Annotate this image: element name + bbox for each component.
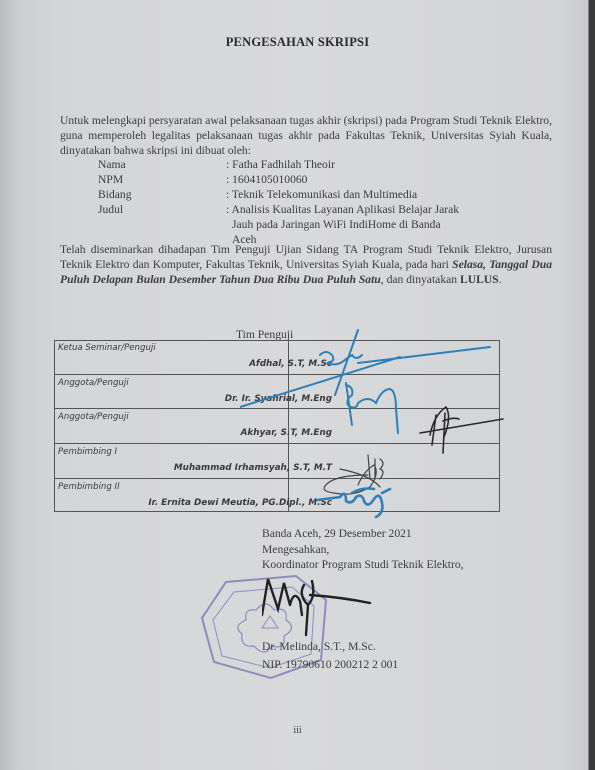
examiner-role: Pembimbing I [58,447,117,457]
examiner-role: Ketua Seminar/Penguji [58,343,156,353]
info-row-npm: NPM : 1604105010060 [98,172,486,187]
examiner-role: Pembimbing II [58,482,120,492]
place-date: Banda Aceh, 29 Desember 2021 [262,527,412,540]
info-row-bidang: Bidang : Teknik Telekomunikasi dan Multi… [98,187,486,202]
info-value: : 1604105010060 [226,172,446,187]
coordinator-name: Dr. Melinda, S.T., M.Sc. [262,640,376,653]
page-number: iii [0,725,595,736]
student-info: Nama : Fatha Fadhilah Theoir NPM : 16041… [98,157,486,247]
statement-end: . [499,273,502,286]
examiner-role: Anggota/Penguji [58,378,129,388]
info-row-nama: Nama : Fatha Fadhilah Theoir [98,157,486,172]
info-key: NPM [98,172,226,187]
examiner-role: Anggota/Penguji [58,412,129,422]
approval-label: Mengesahkan, [262,543,329,556]
coordinator-nip: NIP. 19790610 200212 2 001 [262,658,398,671]
info-key: Nama [98,157,226,172]
signature-afdhal [240,330,490,407]
info-key: Bidang [98,187,226,202]
info-key: Judul [98,202,226,247]
statement-middle: , dan dinyatakan [381,273,460,286]
page-title: PENGESAHAN SKRIPSI [0,35,595,50]
info-value: : Fatha Fadhilah Theoir [226,157,446,172]
info-row-judul: Judul : Analisis Kualitas Layanan Aplika… [98,202,486,247]
signature-ernita [318,489,390,518]
info-value: : Teknik Telekomunikasi dan Multimedia [226,187,486,202]
coordinator-signature [262,575,382,645]
intro-paragraph: Untuk melengkapi persyaratan awal pelaks… [60,113,552,158]
statement-paragraph: Telah diseminarkan dihadapan Tim Penguji… [60,242,552,287]
signature-akhyar [420,407,503,453]
document-page: PENGESAHAN SKRIPSI Untuk melengkapi pers… [0,0,595,770]
result-text: LULUS [460,273,499,286]
signature-marks [240,325,510,525]
info-value: : Analisis Kualitas Layanan Aplikasi Bel… [226,202,464,247]
signature-syahrial [346,383,398,433]
